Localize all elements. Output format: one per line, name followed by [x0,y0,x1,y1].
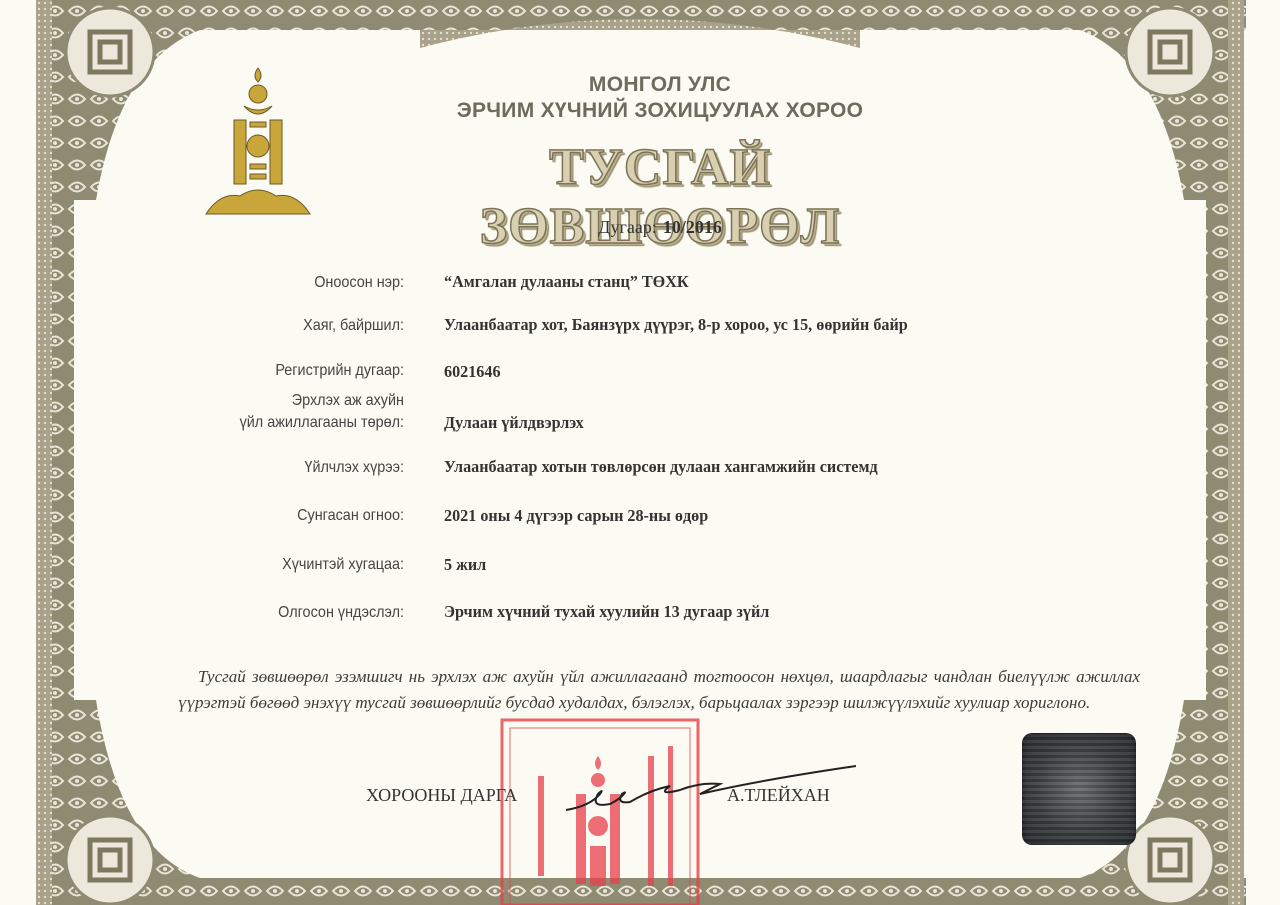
legal-notice: Тусгай зөвшөөрөл эзэмшигч нь эрхлэх аж а… [178,664,1140,716]
field-value-registry: 6021646 [444,362,501,382]
document-title: ТУСГАЙ ЗӨВШӨӨРӨЛ [380,138,940,256]
field-label-name: Оноосон нэр: [188,273,404,293]
field-label-activity: үйл ажиллагааны төрөл: [188,413,404,433]
field-label-registry: Регистрийн дугаар: [188,361,404,381]
field-label-scope: Үйлчлэх хүрээ: [188,458,404,478]
field-label-basis: Олгосон үндэслэл: [188,603,404,623]
signatory-title: ХОРООНЫ ДАРГА [366,785,517,806]
hologram-seal-icon [1022,733,1136,845]
header-country: МОНГОЛ УЛС [380,73,940,97]
header-organization: ЭРЧИМ ХҮЧНИЙ ЗОХИЦУУЛАХ ХОРОО [380,99,940,123]
field-label-renewal-date: Сунгасан огноо: [188,506,404,526]
field-value-address: Улаанбаатар хот, Баянзүрх дүүрэг, 8-р хо… [444,315,908,335]
license-certificate: МОНГОЛ УЛС ЭРЧИМ ХҮЧНИЙ ЗОХИЦУУЛАХ ХОРОО… [0,0,1280,905]
field-value-basis: Эрчим хүчний тухай хуулийн 13 дугаар зүй… [444,602,769,622]
field-value-renewal-date: 2021 оны 4 дүгээр сарын 28-ны өдөр [444,506,708,526]
field-value-activity: Дулаан үйлдвэрлэх [444,413,584,433]
license-number-value: 10/2016 [663,217,722,237]
field-label-validity: Хүчинтэй хугацаа: [188,555,404,575]
field-label-address: Хаяг, байршил: [188,316,404,336]
license-number: Дугаар:10/2016 [380,217,940,238]
field-label-activity-line1: Эрхлэх аж ахуйн [188,391,404,411]
signatory-name: А.ТЛЕЙХАН [727,785,830,806]
license-number-label: Дугаар: [598,217,657,237]
soyombo-emblem-icon [200,66,316,216]
field-value-scope: Улаанбаатар хотын төвлөрсөн дулаан ханга… [444,457,878,477]
field-value-validity: 5 жил [444,555,486,575]
field-value-name: “Амгалан дулааны станц” ТӨХК [444,272,689,292]
